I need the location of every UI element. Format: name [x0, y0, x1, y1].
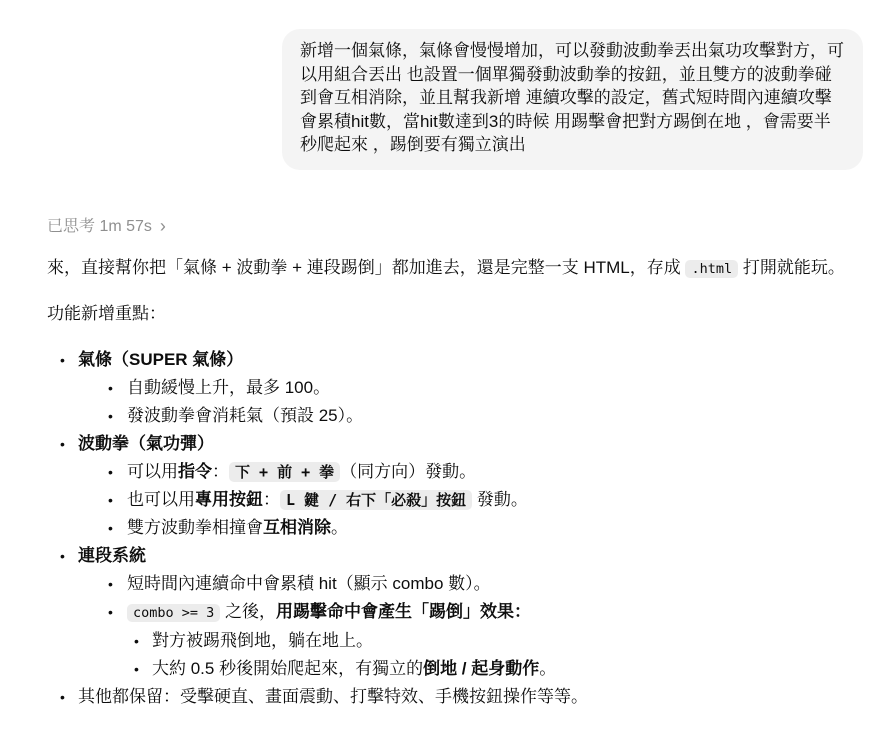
bullet-marker: •: [108, 486, 113, 514]
inline-code-chip: L 鍵 / 右下「必殺」按鈕: [280, 490, 472, 510]
list-item: •雙方波動拳相撞會互相消除。: [47, 514, 863, 542]
inline-code-chip: .html: [685, 260, 738, 278]
list-item: •自動緩慢上升，最多 100。: [47, 374, 863, 402]
list-item-text: 自動緩慢上升，最多 100。: [127, 378, 330, 397]
bullet-marker: •: [60, 542, 65, 570]
bold-text: 指令: [178, 462, 212, 481]
bold-text: 氣條（SUPER 氣條）: [78, 350, 243, 369]
list-item-text: 雙方波動拳相撞會互相消除。: [127, 518, 348, 537]
text-segment: ：: [263, 490, 280, 509]
text-segment: 來，直接幫你把「氣條 + 波動拳 + 連段踢倒」都加進去，還是完整一支 HTML…: [47, 258, 685, 277]
list-item-text: 大約 0.5 秒後開始爬起來，有獨立的倒地 / 起身動作。: [152, 659, 556, 678]
bold-text: 互相消除: [263, 518, 331, 537]
bullet-marker: •: [108, 514, 113, 542]
text-segment: 對方被踢飛倒地，躺在地上。: [152, 631, 373, 650]
list-item-text: 短時間內連續命中會累積 hit（顯示 combo 數）。: [127, 574, 491, 593]
text-segment: 短時間內連續命中會累積 hit（顯示 combo 數）。: [127, 574, 491, 593]
text-segment: 之後，: [220, 602, 276, 621]
thought-duration-toggle[interactable]: 已思考 1m 57s ›: [47, 216, 166, 238]
text-segment: 雙方波動拳相撞會: [127, 518, 263, 537]
assistant-message: 已思考 1m 57s › 來，直接幫你把「氣條 + 波動拳 + 連段踢倒」都加進…: [47, 216, 863, 711]
bold-text: 專用按鈕: [195, 490, 263, 509]
bullet-marker: •: [60, 430, 65, 458]
text-segment: 發動。: [472, 490, 528, 509]
bullet-marker: •: [108, 458, 113, 486]
text-segment: 打開就能玩。: [738, 258, 845, 277]
bullet-marker: •: [60, 683, 65, 711]
inline-code-chip: 下 + 前 + 拳: [229, 462, 340, 482]
text-segment: 發波動拳會消耗氣（預設 25）。: [127, 406, 363, 425]
text-segment: （同方向）發動。: [340, 462, 476, 481]
list-item-text: 可以用指令：下 + 前 + 拳（同方向）發動。: [127, 462, 476, 481]
list-item: •其他都保留：受擊硬直、畫面震動、打擊特效、手機按鈕操作等等。: [47, 683, 863, 711]
bullet-marker: •: [134, 655, 139, 683]
list-item-text: 其他都保留：受擊硬直、畫面震動、打擊特效、手機按鈕操作等等。: [78, 687, 588, 706]
section-label: 功能新增重點：: [47, 300, 863, 328]
list-item: •也可以用專用按鈕：L 鍵 / 右下「必殺」按鈕 發動。: [47, 486, 863, 514]
list-item-text: 也可以用專用按鈕：L 鍵 / 右下「必殺」按鈕 發動。: [127, 490, 528, 509]
list-item-text: 波動拳（氣功彈）: [78, 434, 214, 453]
list-item: •氣條（SUPER 氣條）: [47, 346, 863, 374]
bold-text: 倒地 / 起身動作: [423, 659, 539, 678]
chat-transcript: 新增一個氣條，氣條會慢慢增加，可以發動波動拳丟出氣功攻擊對方，可以用組合丟出 也…: [0, 0, 886, 733]
intro-paragraph: 來，直接幫你把「氣條 + 波動拳 + 連段踢倒」都加進去，還是完整一支 HTML…: [47, 254, 863, 283]
thought-duration-label: 已思考 1m 57s: [47, 216, 152, 238]
user-message-text: 新增一個氣條，氣條會慢慢增加，可以發動波動拳丟出氣功攻擊對方，可以用組合丟出 也…: [300, 41, 844, 154]
feature-list: •氣條（SUPER 氣條）•自動緩慢上升，最多 100。•發波動拳會消耗氣（預設…: [47, 346, 863, 711]
text-segment: 自動緩慢上升，最多 100。: [127, 378, 330, 397]
chevron-right-icon: ›: [160, 217, 166, 235]
list-item: •combo >= 3 之後，用踢擊命中會產生「踢倒」效果：: [47, 598, 863, 627]
list-item: •對方被踢飛倒地，躺在地上。: [47, 627, 863, 655]
text-segment: 。: [331, 518, 348, 537]
bullet-marker: •: [108, 374, 113, 402]
list-item-text: 氣條（SUPER 氣條）: [78, 350, 243, 369]
list-item: •可以用指令：下 + 前 + 拳（同方向）發動。: [47, 458, 863, 486]
list-item: •連段系統: [47, 542, 863, 570]
text-segment: 可以用: [127, 462, 178, 481]
inline-code-chip: combo >= 3: [127, 604, 220, 622]
bullet-marker: •: [60, 346, 65, 374]
list-item-text: 對方被踢飛倒地，躺在地上。: [152, 631, 373, 650]
list-item: •發波動拳會消耗氣（預設 25）。: [47, 402, 863, 430]
list-item: •短時間內連續命中會累積 hit（顯示 combo 數）。: [47, 570, 863, 598]
text-segment: 也可以用: [127, 490, 195, 509]
bold-text: 用踢擊命中會產生「踢倒」效果：: [276, 602, 531, 621]
bold-text: 波動拳（氣功彈）: [78, 434, 214, 453]
text-segment: 。: [539, 659, 556, 678]
text-segment: 大約 0.5 秒後開始爬起來，有獨立的: [152, 659, 423, 678]
bullet-marker: •: [108, 570, 113, 598]
text-segment: 其他都保留：受擊硬直、畫面震動、打擊特效、手機按鈕操作等等。: [78, 687, 588, 706]
bullet-marker: •: [134, 627, 139, 655]
bold-text: 連段系統: [78, 546, 146, 565]
bullet-marker: •: [108, 598, 113, 626]
text-segment: ：: [212, 462, 229, 481]
list-item-text: combo >= 3 之後，用踢擊命中會產生「踢倒」效果：: [127, 602, 531, 621]
list-item-text: 發波動拳會消耗氣（預設 25）。: [127, 406, 363, 425]
list-item-text: 連段系統: [78, 546, 146, 565]
list-item: •大約 0.5 秒後開始爬起來，有獨立的倒地 / 起身動作。: [47, 655, 863, 683]
bullet-marker: •: [108, 402, 113, 430]
user-message-row: 新增一個氣條，氣條會慢慢增加，可以發動波動拳丟出氣功攻擊對方，可以用組合丟出 也…: [47, 29, 863, 170]
list-item: •波動拳（氣功彈）: [47, 430, 863, 458]
user-message-bubble: 新增一個氣條，氣條會慢慢增加，可以發動波動拳丟出氣功攻擊對方，可以用組合丟出 也…: [282, 29, 863, 170]
